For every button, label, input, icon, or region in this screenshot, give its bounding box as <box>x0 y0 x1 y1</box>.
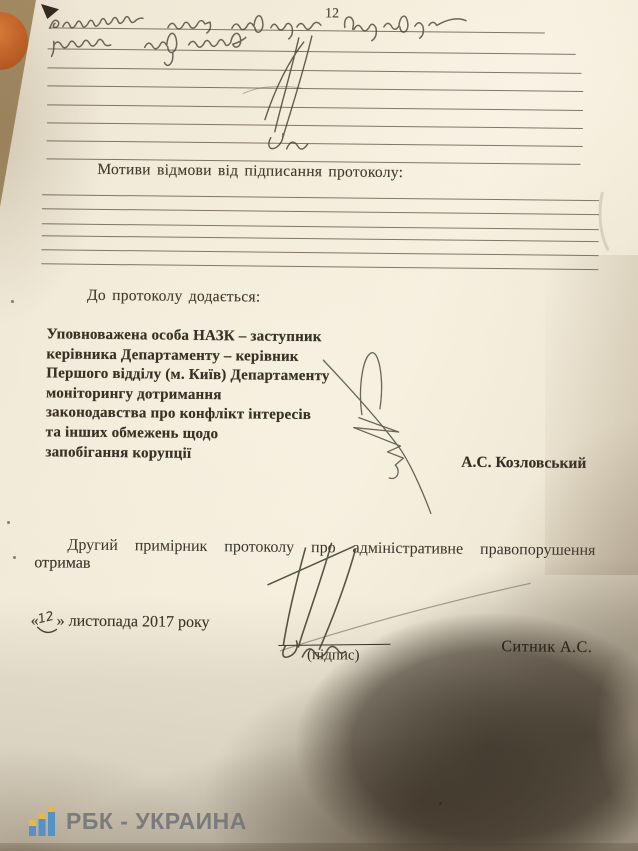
ruled-line <box>47 104 583 111</box>
ruled-line <box>47 122 583 129</box>
ruled-line <box>48 48 576 55</box>
paper-crease <box>600 193 609 249</box>
handwritten-text-line-1 <box>168 20 211 33</box>
photographed-document: 12 Мотиви відмови від підписання протоко… <box>0 0 638 851</box>
ruled-line <box>47 85 583 92</box>
ruled-line <box>42 249 599 256</box>
date-line: «12» листопада 2017 року <box>31 612 210 632</box>
receipt-paragraph-line1: Другий примірник протоколу про адміністр… <box>67 537 595 561</box>
ruled-line <box>42 235 599 242</box>
official-title-line: запобігання корупції <box>45 443 375 466</box>
ruled-line <box>49 27 545 33</box>
watermark: РБК - УКРАИНА <box>28 806 247 837</box>
official-title-block: Уповноважена особа НАЗК – заступник кері… <box>45 325 376 466</box>
photo-bottom-edge <box>0 843 638 851</box>
signature-caption: (підпис) <box>280 647 386 665</box>
rbc-bars-icon <box>28 806 58 837</box>
signatory-name-sytnyk: Ситник А.С. <box>501 638 592 657</box>
ruled-line <box>42 223 599 230</box>
watermark-text: РБК - УКРАИНА <box>66 808 247 835</box>
document-content: 12 Мотиви відмови від підписання протоко… <box>0 0 638 851</box>
receipt-paragraph-line2: отримав <box>34 554 90 573</box>
dust-speck <box>11 300 14 303</box>
right-edge-shadow <box>545 255 638 575</box>
dust-speck <box>7 521 10 524</box>
signature-bottom <box>267 543 355 658</box>
dust-speck <box>439 802 442 805</box>
handwritten-text-line-1 <box>344 16 466 42</box>
signature-sweep <box>280 581 530 654</box>
handwritten-text-line-1 <box>232 15 321 39</box>
attachment-label: До протоколу додається: <box>87 287 261 307</box>
motives-label: Мотиви відмови від підписання протоколу: <box>97 161 403 182</box>
signature-top <box>265 36 312 150</box>
ruled-line <box>41 263 598 270</box>
handwritten-underline-swoosh <box>36 625 60 637</box>
ruled-line <box>47 140 583 147</box>
ruled-line <box>47 67 581 74</box>
signature-line <box>278 644 390 646</box>
ruled-line <box>42 194 599 201</box>
handwritten-date-day: 12 <box>39 612 57 630</box>
date-rest: » листопада 2017 року <box>57 612 210 631</box>
ruled-line <box>42 208 599 215</box>
dust-speck <box>13 556 16 559</box>
page-number: 12 <box>325 6 339 22</box>
